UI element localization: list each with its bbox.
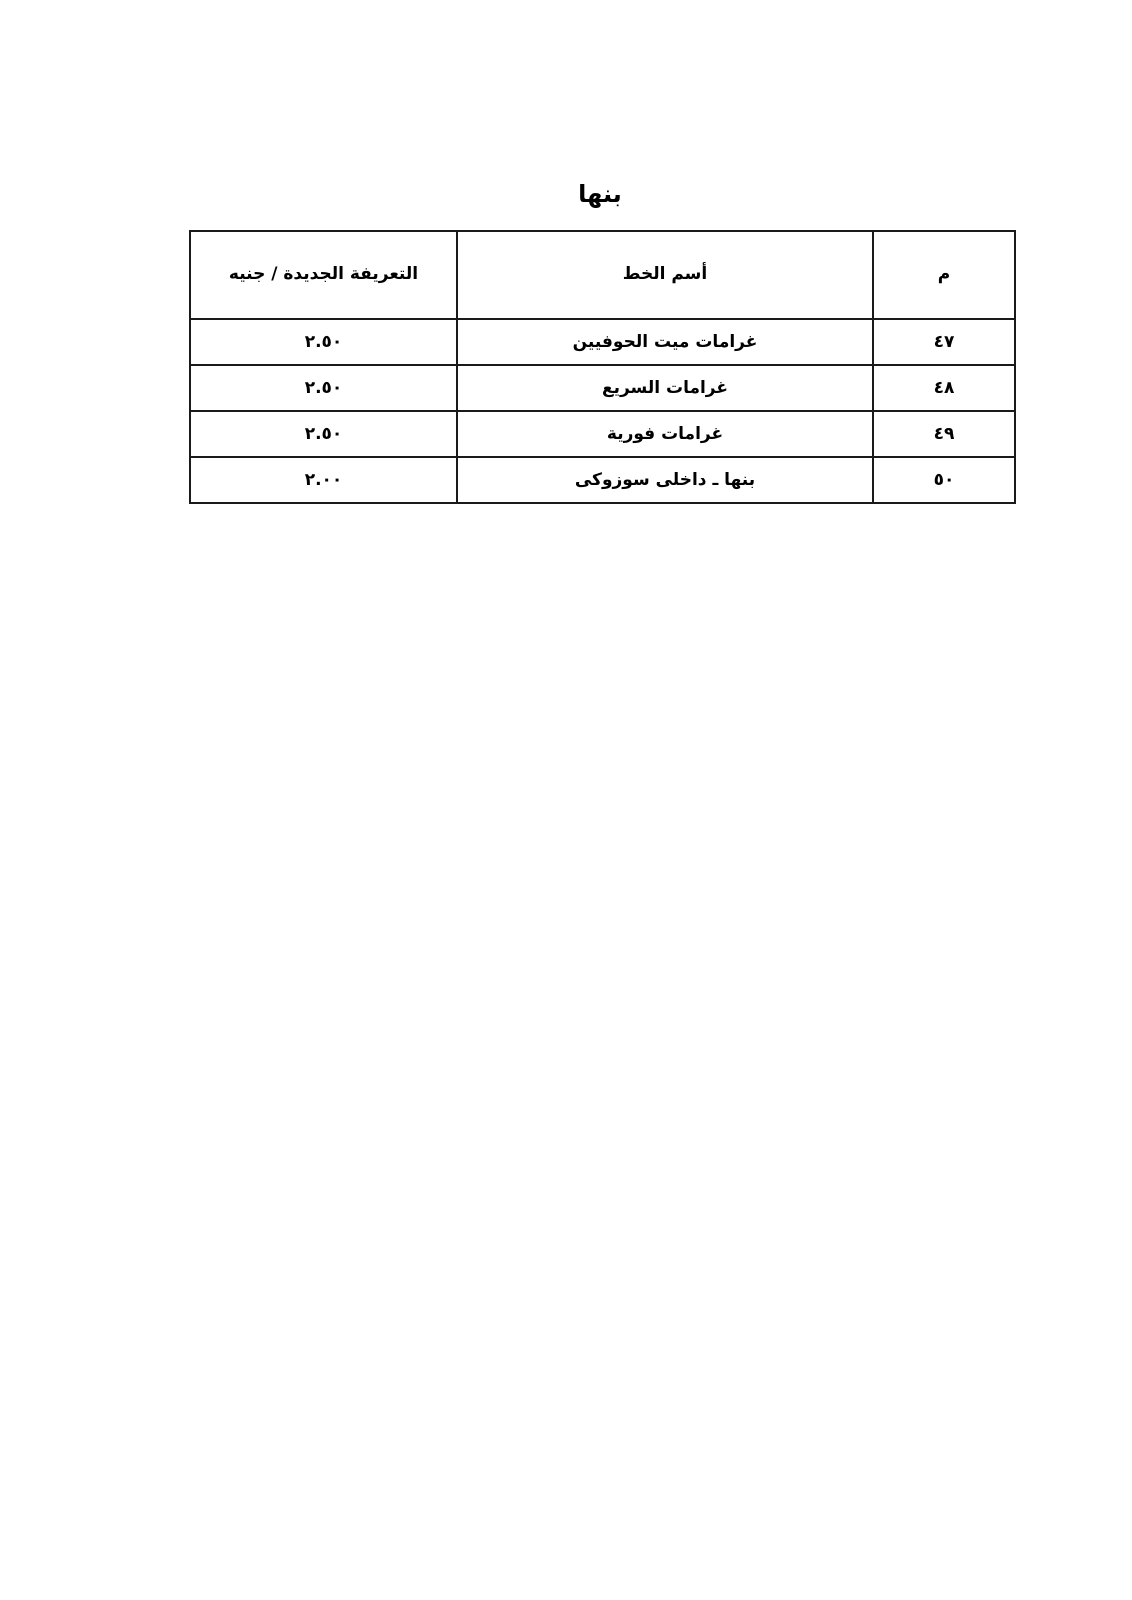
table-row: ٤٧ غرامات ميت الحوفيين ٢.٥٠ <box>190 319 1015 365</box>
header-number: م <box>873 231 1015 319</box>
page-title: بنها <box>0 180 1132 208</box>
cell-new-fare: ٢.٥٠ <box>190 365 457 411</box>
cell-number: ٤٩ <box>873 411 1015 457</box>
cell-new-fare: ٢.٥٠ <box>190 411 457 457</box>
table-row: ٤٩ غرامات فورية ٢.٥٠ <box>190 411 1015 457</box>
cell-line-name: بنها ـ داخلى سوزوكى <box>457 457 873 503</box>
header-line-name: أسم الخط <box>457 231 873 319</box>
cell-line-name: غرامات ميت الحوفيين <box>457 319 873 365</box>
cell-new-fare: ٢.٥٠ <box>190 319 457 365</box>
cell-line-name: غرامات فورية <box>457 411 873 457</box>
cell-new-fare: ٢.٠٠ <box>190 457 457 503</box>
table-header-row: م أسم الخط التعريفة الجديدة / جنيه <box>190 231 1015 319</box>
table-row: ٥٠ بنها ـ داخلى سوزوكى ٢.٠٠ <box>190 457 1015 503</box>
header-new-fare: التعريفة الجديدة / جنيه <box>190 231 457 319</box>
table-row: ٤٨ غرامات السريع ٢.٥٠ <box>190 365 1015 411</box>
cell-number: ٤٨ <box>873 365 1015 411</box>
cell-number: ٥٠ <box>873 457 1015 503</box>
fares-table: م أسم الخط التعريفة الجديدة / جنيه ٤٧ غر… <box>189 230 1016 504</box>
cell-number: ٤٧ <box>873 319 1015 365</box>
cell-line-name: غرامات السريع <box>457 365 873 411</box>
